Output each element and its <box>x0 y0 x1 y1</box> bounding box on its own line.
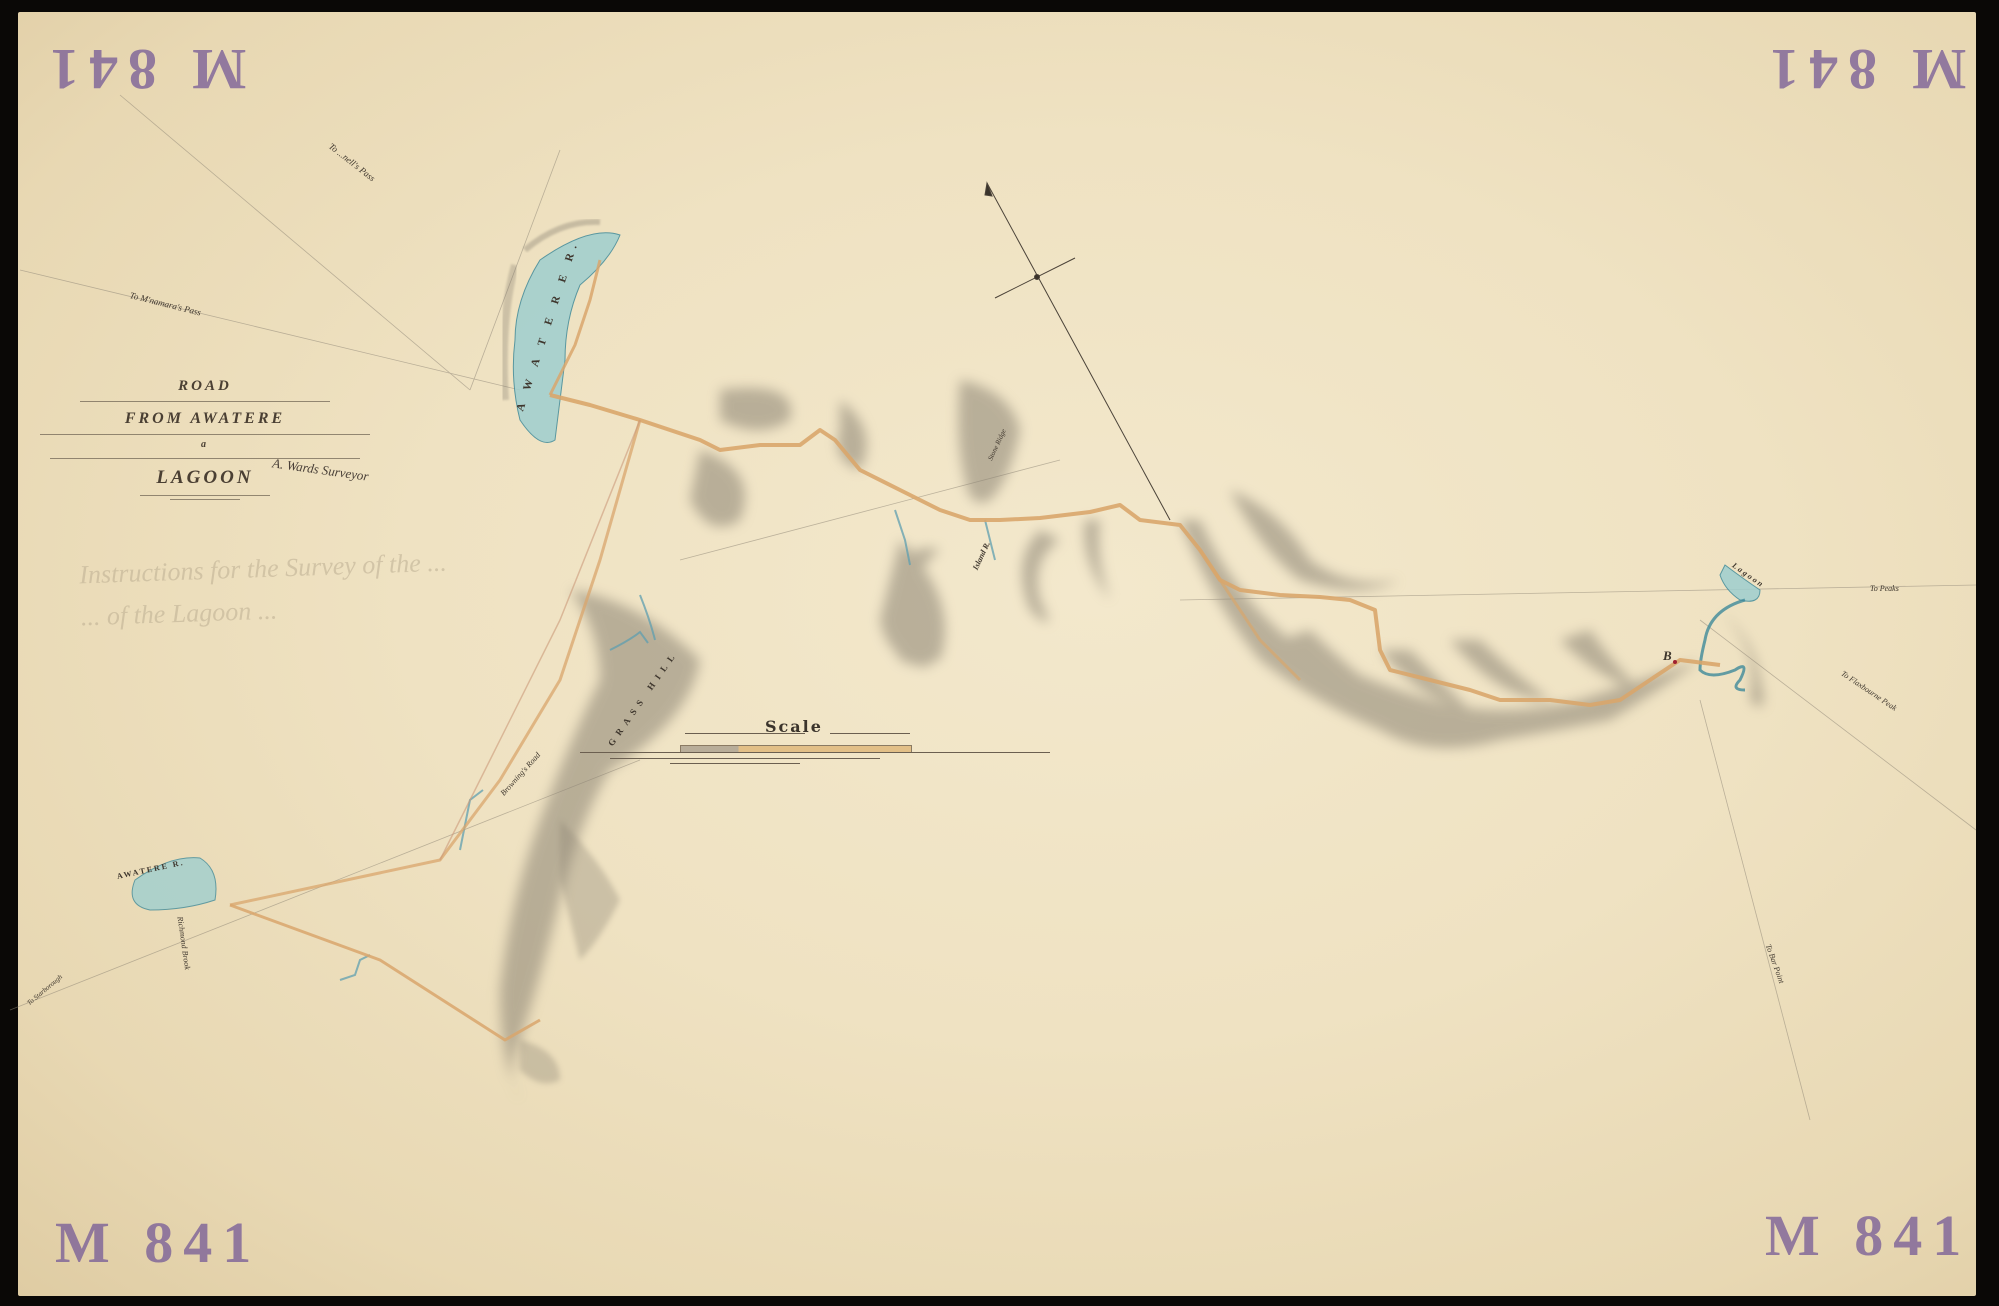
title-rule <box>50 458 360 459</box>
stamp-top-right: M 841 <box>1760 40 1966 98</box>
map-drawing <box>0 0 1999 1306</box>
stamp-bottom-left: M 841 <box>55 1214 261 1272</box>
title-line-from-awatere: FROM AWATERE <box>40 410 370 428</box>
stamp-bottom-right: M 841 <box>1765 1207 1971 1265</box>
label-station-b: B <box>1663 648 1672 664</box>
stamp-top-left: M 841 <box>40 40 246 98</box>
title-rule <box>40 434 370 435</box>
title-line-road: ROAD <box>40 378 370 395</box>
map-title-block: ROAD FROM AWATERE a LAGOON <box>40 378 370 500</box>
label-to-peaks: To Peaks <box>1870 584 1899 593</box>
title-rule <box>170 499 240 500</box>
station-b-marker <box>1673 660 1677 664</box>
north-arrow-icon <box>985 183 1170 520</box>
title-rule <box>80 401 330 402</box>
scale-label: Scale <box>765 717 823 736</box>
pencil-annotation: Instructions for the Survey of the ... .… <box>79 542 449 639</box>
title-rule <box>140 495 270 496</box>
lagoon <box>1700 565 1760 690</box>
road-route <box>230 260 1720 1040</box>
title-line-to: a <box>40 439 370 450</box>
